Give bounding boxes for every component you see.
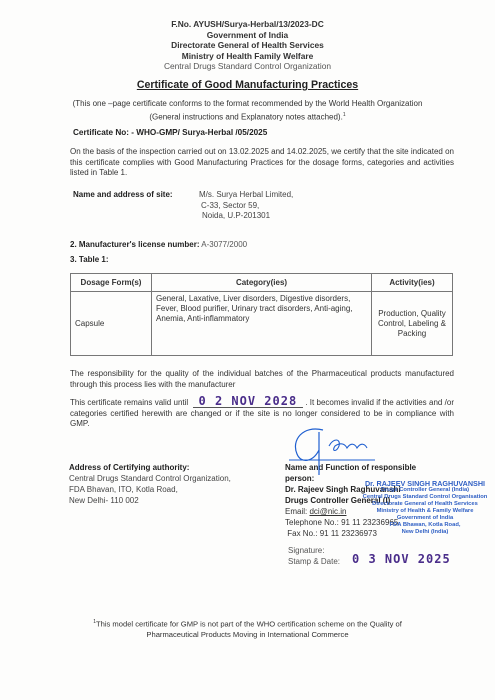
- responsible-label-2: person:: [285, 474, 314, 483]
- header-activity: Activity(ies): [372, 274, 453, 292]
- site-address-line-1: C-33, Sector 59,: [199, 201, 293, 212]
- header-dosage-form: Dosage Form(s): [71, 274, 152, 292]
- stamp-line-3: Central Drugs Standard Control Organisat…: [355, 494, 495, 501]
- official-stamp: Dr. RAJEEV SINGH RAGHUVANSHI Drugs Contr…: [355, 480, 495, 536]
- stamp-line-7: FDA Bhawan, Kotla Road,: [355, 522, 495, 529]
- site-address-line-2: Noida, U.P-201301: [199, 211, 293, 222]
- responsibility-statement: The responsibility for the quality of th…: [70, 369, 454, 390]
- header-category: Category(ies): [152, 274, 372, 292]
- license-label: 2. Manufacturer's license number:: [70, 240, 200, 249]
- header-government: Government of India: [0, 30, 495, 41]
- table-header-row: Dosage Form(s) Category(ies) Activity(ie…: [71, 274, 453, 292]
- issue-date-stamp: 0 3 NOV 2025: [352, 552, 451, 566]
- license-number: 2. Manufacturer's license number: A-3077…: [70, 240, 247, 249]
- fax-label: Fax No.:: [287, 529, 317, 538]
- signature-label: Signature:: [288, 545, 340, 556]
- phone-label: Telephone No.:: [285, 518, 339, 527]
- header-organization: Central Drugs Standard Control Organizat…: [0, 61, 495, 72]
- cell-categories: General, Laxative, Liver disorders, Dige…: [152, 292, 372, 356]
- certificate-page: F.No. AYUSH/Surya-Herbal/13/2023-DC Gove…: [0, 0, 495, 700]
- site-label: Name and address of site:: [73, 190, 173, 199]
- cell-dosage-form: Capsule: [71, 292, 152, 356]
- footnote-ref: 1: [343, 112, 346, 118]
- dosage-table: Dosage Form(s) Category(ies) Activity(ie…: [70, 273, 453, 356]
- authority-line-3: New Delhi- 110 002: [69, 495, 231, 506]
- cell-activities: Production, Quality Control, Labeling & …: [372, 292, 453, 356]
- stamp-line-5: Ministry of Health & Family Welfare: [355, 508, 495, 515]
- certificate-number: Certificate No: - WHO-GMP/ Surya-Herbal …: [73, 128, 267, 137]
- stamp-name: Dr. RAJEEV SINGH RAGHUVANSHI: [355, 480, 495, 487]
- license-value: A-3077/2000: [201, 240, 247, 249]
- stamp-line-2: Drugs Controller General (India): [355, 487, 495, 494]
- stamp-line-4: Directorate General of Health Services: [355, 501, 495, 508]
- intro-line-1: (This one –page certificate conforms to …: [0, 99, 495, 110]
- file-number: F.No. AYUSH/Surya-Herbal/13/2023-DC: [0, 19, 495, 30]
- header-directorate: Directorate General of Health Services: [0, 40, 495, 51]
- intro-line-2-wrap: (General instructions and Explanatory no…: [0, 110, 495, 123]
- intro-note: (This one –page certificate conforms to …: [0, 99, 495, 123]
- header-ministry: Ministry of Health Family Welfare: [0, 51, 495, 62]
- email-label: Email:: [285, 507, 307, 516]
- letterhead: F.No. AYUSH/Surya-Herbal/13/2023-DC Gove…: [0, 19, 495, 72]
- validity-prefix: This certificate remains valid until: [70, 398, 188, 407]
- site-details: Name and address of site: M/s. Surya Her…: [73, 190, 173, 201]
- authority-label: Address of Certifying authority:: [69, 463, 189, 472]
- stamp-date-label: Stamp & Date:: [288, 556, 340, 567]
- certifying-authority: Address of Certifying authority: Central…: [69, 462, 231, 506]
- table-row: Capsule General, Laxative, Liver disorde…: [71, 292, 453, 356]
- site-name: M/s. Surya Herbal Limited,: [199, 190, 293, 201]
- site-address: M/s. Surya Herbal Limited, C-33, Sector …: [199, 190, 293, 222]
- footnote-line-2: Pharmaceutical Products Moving in Intern…: [0, 630, 495, 640]
- handwritten-signature: [283, 420, 403, 475]
- footnote-line-1-wrap: 1This model certificate for GMP is not p…: [0, 617, 495, 630]
- authority-line-2: FDA Bhavan, ITO, Kotla Road,: [69, 484, 231, 495]
- table-label: 3. Table 1:: [70, 255, 109, 264]
- validity-date-stamp: 0 2 NOV 2028: [193, 396, 304, 408]
- certification-statement: On the basis of the inspection carried o…: [70, 147, 454, 179]
- stamp-line-6: Government of India: [355, 515, 495, 522]
- email-link[interactable]: dci@nic.in: [309, 507, 346, 516]
- stamp-line-8: New Delhi (India): [355, 529, 495, 536]
- footnote: 1This model certificate for GMP is not p…: [0, 617, 495, 640]
- authority-line-1: Central Drugs Standard Control Organizat…: [69, 473, 231, 484]
- signature-block: Signature: Stamp & Date:: [288, 545, 340, 567]
- intro-line-2: (General instructions and Explanatory no…: [149, 112, 342, 121]
- footnote-line-1: This model certificate for GMP is not pa…: [96, 620, 402, 629]
- document-title: Certificate of Good Manufacturing Practi…: [0, 79, 495, 91]
